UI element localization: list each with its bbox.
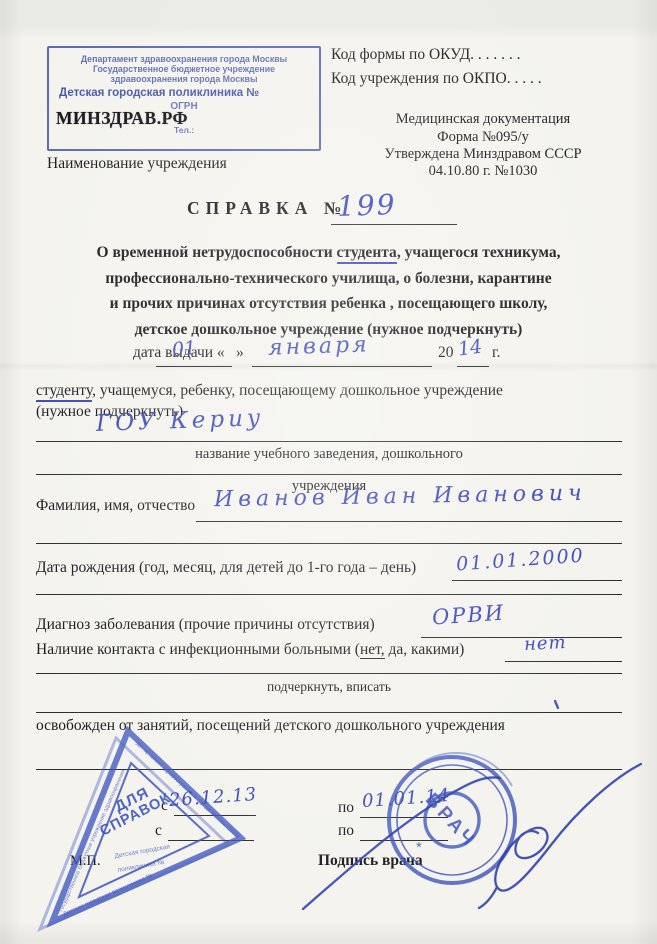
doctor-signature-ink (0, 0, 657, 944)
medical-certificate-scan: Департамент здравоохранения города Москв… (0, 0, 657, 944)
